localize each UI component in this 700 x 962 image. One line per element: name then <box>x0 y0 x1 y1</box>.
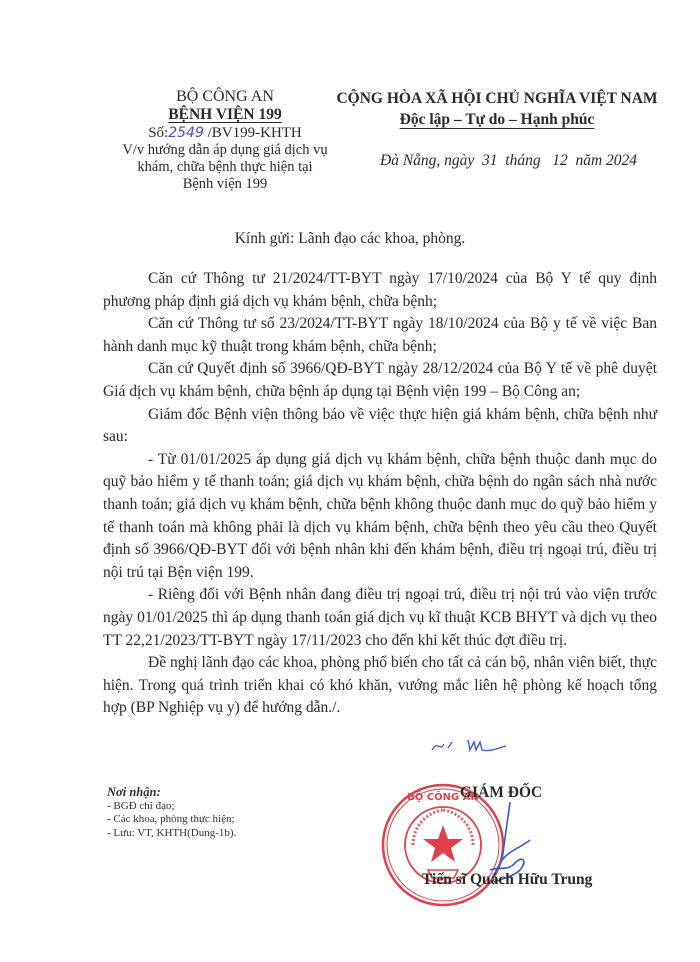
document-body: Căn cứ Thông tư 21/2024/TT-BYT ngày 17/1… <box>103 268 657 720</box>
national-motto: Độc lập – Tự do – Hạnh phúc <box>332 109 662 130</box>
country-name: CỘNG HÒA XÃ HỘI CHỦ NGHĨA VIỆT NAM <box>332 88 662 109</box>
place-date: Đà Nẵng, ngày 31 tháng 12 năm 2024 <box>380 152 637 170</box>
signer-name: Tiến sĩ Quách Hữu Trung <box>422 871 592 889</box>
body-paragraph: - Riêng đối với Bệnh nhân đang điều trị … <box>103 584 657 652</box>
body-paragraph: Căn cứ Quyết định số 3966/QĐ-BYT ngày 28… <box>103 358 657 403</box>
subject-line: khám, chữa bệnh thực hiện tại <box>100 159 350 176</box>
recipients-block: Nơi nhận: - BGĐ chỉ đạo; - Các khoa, phò… <box>107 786 236 840</box>
recipient-item: - Lưu: VT, KHTH(Dung-1b). <box>107 827 236 841</box>
body-paragraph: Căn cứ Thông tư số 23/2024/TT-BYT ngày 1… <box>103 313 657 358</box>
issuer-block: BỘ CÔNG AN BỆNH VIỆN 199 Số:2549 /BV199-… <box>100 88 350 193</box>
body-paragraph: Giám đốc Bệnh viện thông báo về việc thự… <box>103 404 657 449</box>
national-header: CỘNG HÒA XÃ HỘI CHỦ NGHĨA VIỆT NAM Độc l… <box>332 88 662 130</box>
recipient-item: - BGĐ chỉ đạo; <box>107 800 236 814</box>
document-number: Số:2549 /BV199-KHTH <box>100 124 350 142</box>
subject-line: Bệnh viện 199 <box>100 176 350 193</box>
subject-line: V/v hướng dẫn áp dụng giá dịch vụ <box>100 142 350 159</box>
ministry-name: BỘ CÔNG AN <box>100 88 350 106</box>
body-paragraph: Đề nghị lãnh đạo các khoa, phòng phổ biế… <box>103 652 657 720</box>
recipient-item: - Các khoa, phòng thực hiện; <box>107 813 236 827</box>
document-page: BỘ CÔNG AN BỆNH VIỆN 199 Số:2549 /BV199-… <box>0 0 700 962</box>
body-paragraph: - Từ 01/01/2025 áp dụng giá dịch vụ khám… <box>103 449 657 585</box>
addressee: Kính gửi: Lãnh đạo các khoa, phòng. <box>0 230 700 248</box>
body-paragraph: Căn cứ Thông tư 21/2024/TT-BYT ngày 17/1… <box>103 268 657 313</box>
handwritten-initials-icon <box>430 736 510 756</box>
recipients-title: Nơi nhận: <box>107 786 236 800</box>
handwritten-number: 2549 <box>168 125 204 141</box>
hospital-name: BỆNH VIỆN 199 <box>100 106 350 124</box>
